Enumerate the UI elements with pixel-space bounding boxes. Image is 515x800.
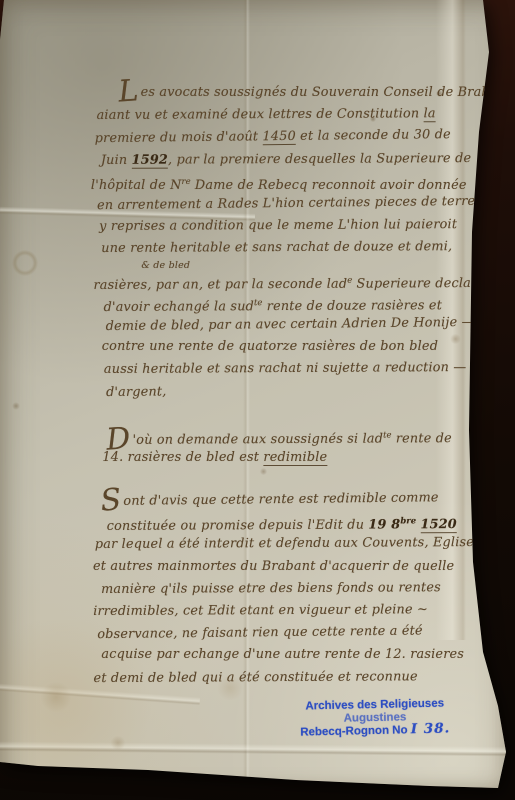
swash-initial: S (101, 500, 122, 502)
crease-line (0, 741, 515, 756)
swash-initial: L (118, 91, 138, 92)
manuscript-line: Les avocats soussignés du Souverain Cons… (118, 82, 474, 104)
manuscript-line: observance, ne faisant rien que cette re… (97, 620, 477, 646)
paper-shadow-wrap: Les avocats soussignés du Souverain Cons… (0, 0, 515, 800)
manuscript-line: en arrentement a Rades L'hion certaines … (97, 191, 475, 217)
manuscript-line: manière q'ils puisse etre des biens fond… (101, 577, 477, 601)
archive-stamp: Archives des Religieuses Augustines Rebe… (290, 697, 461, 739)
stain-spot (40, 682, 72, 712)
manuscript-line: Sont d'avis que cette rente est redimibl… (100, 487, 476, 513)
manuscript-line: demie de bled, par an avec certain Adrie… (106, 312, 476, 338)
stamp-line-text: Rebecq-Rognon No (300, 724, 408, 738)
stain-spot (12, 250, 38, 276)
manuscript-line: Juin 1592, par la premiere desquelles la… (101, 148, 475, 172)
swash-initial: D (106, 439, 130, 441)
manuscript-line: d'argent, (106, 378, 476, 404)
manuscript-text: Les avocats soussignés du Souverain Cons… (88, 81, 477, 690)
manuscript-line: contre une rente de quatorze rasières de… (102, 336, 476, 358)
manuscript-line: acquise par echange d'une autre rente de… (101, 644, 477, 666)
stain-spot (110, 736, 126, 750)
manuscript-line: D'où on demande aux soussignés si ladte … (106, 424, 476, 448)
manuscript-line: l'hôpital de Nre Dame de Rebecq reconnoi… (91, 171, 475, 193)
manuscript-line: et demi de bled qui a été constituée et … (93, 665, 477, 689)
stain-spot (12, 402, 20, 410)
manuscript-line: rasières, par an, et par la seconde lade… (93, 268, 475, 292)
manuscript-line: & de bled (141, 259, 475, 270)
document-paper: Les avocats soussignés du Souverain Cons… (0, 0, 515, 800)
manuscript-line: et autres mainmortes du Brabant d'acquer… (93, 556, 477, 578)
photo-background: Les avocats soussignés du Souverain Cons… (0, 0, 515, 800)
manuscript-line: constituée ou promise depuis l'Edit du 1… (107, 510, 477, 534)
manuscript-line: par lequel a été interdit et defendu aux… (95, 532, 477, 556)
manuscript-line: d'avoir echangé la sudte rente de douze … (104, 291, 476, 315)
manuscript-line: premiere du mois d'août 1450 et la secon… (95, 124, 475, 150)
manuscript-line: une rente heritable et sans rachat de do… (101, 236, 475, 260)
manuscript-line: 14. rasières de bled est redimible (102, 447, 476, 469)
manuscript-line: y reprises a condition que le meme L'hio… (99, 214, 475, 238)
